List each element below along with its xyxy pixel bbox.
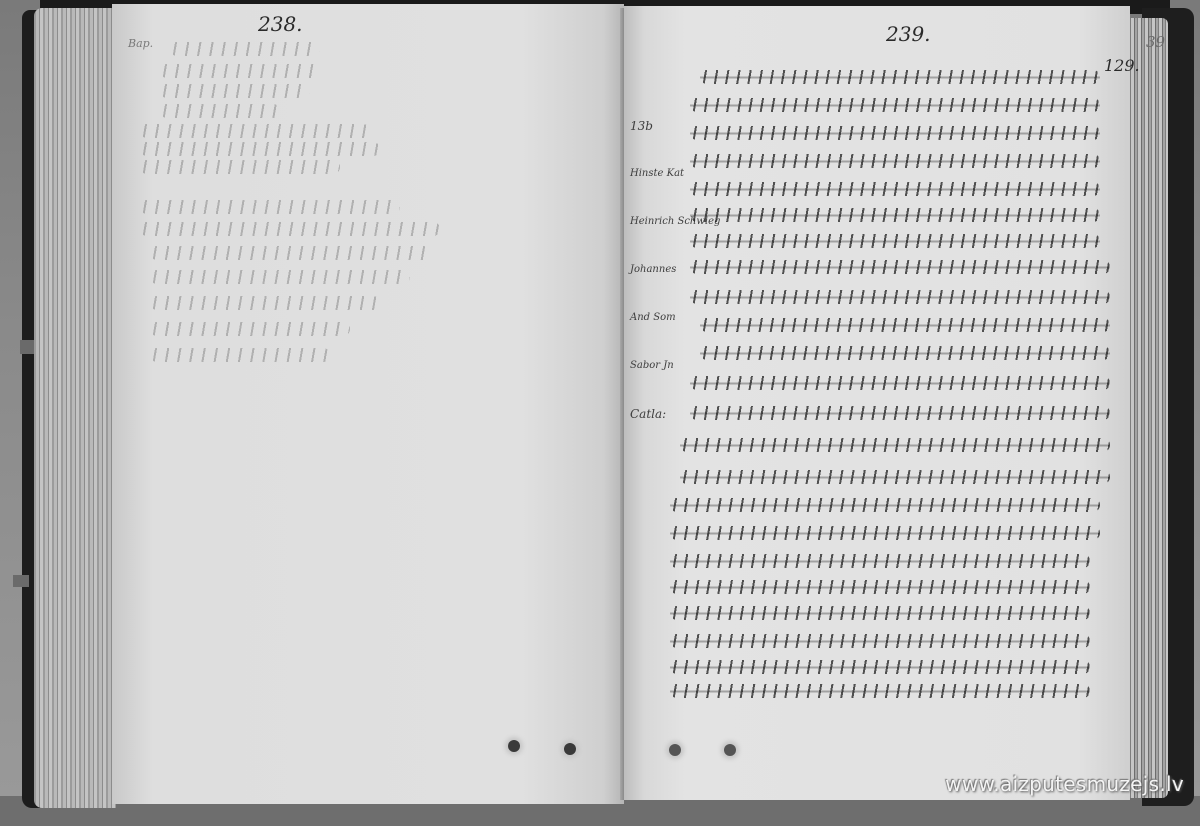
handwriting-line: [140, 200, 400, 214]
handwriting-line: [670, 526, 1100, 540]
handwriting-line: [160, 64, 320, 78]
handwriting-line: [170, 42, 320, 56]
margin-note: Hinste Kat: [630, 166, 720, 182]
handwriting-line: [690, 260, 1110, 274]
handwriting-line: [150, 296, 380, 310]
handwriting-line: [670, 498, 1100, 512]
handwriting-line: [690, 126, 1100, 140]
handwriting-line: [140, 142, 380, 156]
handwriting-line: [150, 270, 410, 284]
handwriting-line: [690, 406, 1110, 420]
handwriting-line: [690, 98, 1100, 112]
handwriting-line: [680, 438, 1110, 452]
handwriting-line: [680, 470, 1110, 484]
left-page-number: 238.: [258, 12, 303, 36]
handwriting-line: [690, 234, 1100, 248]
binding-hole: [508, 740, 520, 752]
handwriting-line: [670, 660, 1090, 674]
handwriting-line: [670, 684, 1090, 698]
handwriting-line: [150, 246, 430, 260]
handwriting-line: [140, 160, 340, 174]
handwriting-line: [690, 208, 1100, 222]
binding-hole: [564, 743, 576, 755]
page-stack-left: [34, 8, 116, 808]
right-page-number: 239.: [886, 22, 931, 46]
binding-hole: [724, 744, 736, 756]
handwriting-line: [690, 290, 1110, 304]
bookmark-tab: [13, 575, 29, 587]
handwriting-line: [670, 634, 1090, 648]
handwriting-line: [700, 70, 1100, 84]
page-stack-right: [1128, 18, 1168, 798]
handwriting-line: [690, 182, 1100, 196]
handwriting-line: [670, 580, 1090, 594]
left-margin-note: Bap.: [128, 36, 153, 52]
handwriting-line: [150, 322, 350, 336]
handwriting-line: [690, 154, 1100, 168]
binding-hole: [669, 744, 681, 756]
handwriting-line: [140, 222, 440, 236]
handwriting-line: [670, 554, 1090, 568]
handwriting-line: [160, 84, 310, 98]
folio-number: 129.: [1104, 56, 1140, 75]
handwriting-line: [140, 124, 370, 138]
handwriting-line: [700, 346, 1110, 360]
handwriting-line: [670, 606, 1090, 620]
handwriting-line: [690, 376, 1110, 390]
handwriting-line: [700, 318, 1110, 332]
old-folio-number: 39: [1146, 33, 1165, 51]
margin-note: Sabor Jn: [630, 358, 720, 374]
watermark-url: www.aizputesmuzejs.lv: [945, 772, 1184, 796]
handwriting-line: [160, 104, 280, 118]
handwriting-line: [150, 348, 330, 362]
